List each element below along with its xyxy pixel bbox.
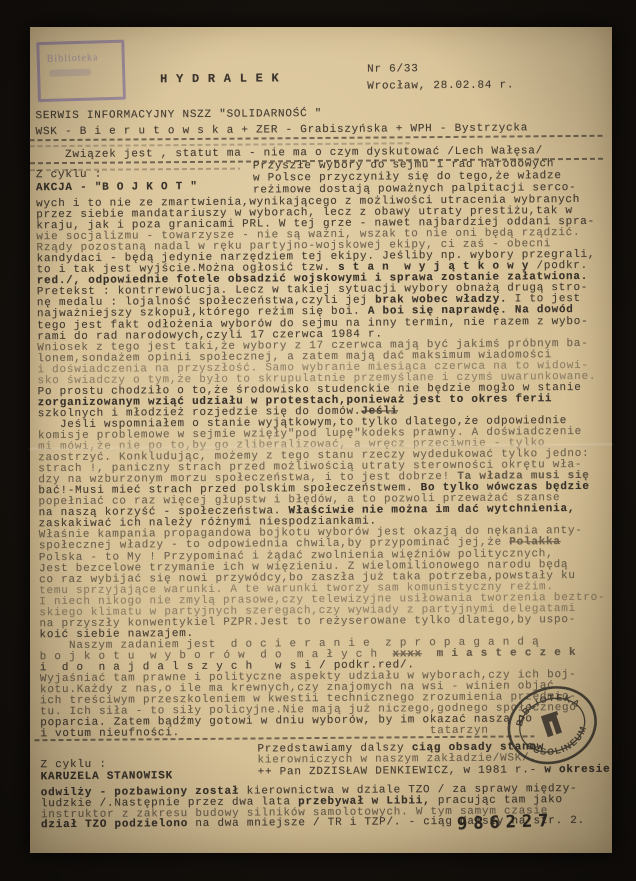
place-date: Wrocław, 28.02.84 r. (367, 79, 514, 92)
article1-body: wych i to nie ze zmartwienia,wynikająceg… (36, 195, 606, 741)
page-content: Biblioteka H Y D R A L E K Nr 6/33 Wrocł… (27, 25, 615, 856)
photo-background: { "colors": { "paper": "#d9c49a", "ink":… (0, 0, 636, 881)
text-segment: xxxx (392, 648, 421, 660)
newsletter-page: Biblioteka H Y D R A L E K Nr 6/33 Wrocł… (30, 27, 612, 853)
service-line: SERWIS INFORMACYJNY NSZZ "SOLIDARNOŚĆ " (35, 108, 322, 122)
rect-stamp-text: Biblioteka (47, 52, 122, 65)
text-segment: kierowniczych w naszym zakładzie/WSK/. (257, 753, 536, 767)
text-segment: m i a s t e c z e k (437, 647, 577, 660)
library-rect-stamp: Biblioteka (36, 40, 126, 103)
oval-stamp-emblem (541, 711, 564, 737)
text-segment (422, 648, 437, 660)
article1-intro: Przyszłe wybory do sejmu i rad narodowyc… (253, 158, 577, 197)
page-title: H Y D R A L E K (160, 71, 279, 86)
article1-series-label: Z cyklu : (36, 169, 102, 182)
article1-series-title: AKCJA - "B O J K O T " (36, 181, 198, 194)
text-segment: Ta władza musi się (457, 470, 589, 483)
inventory-number: 986227 (457, 811, 555, 834)
issue-number: Nr 6/33 (367, 63, 419, 75)
rect-stamp-smudge (49, 69, 91, 77)
article2-series-title: KARUZELA STANOWISK (41, 770, 173, 783)
article2-series-label: Z cyklu : (40, 759, 106, 772)
